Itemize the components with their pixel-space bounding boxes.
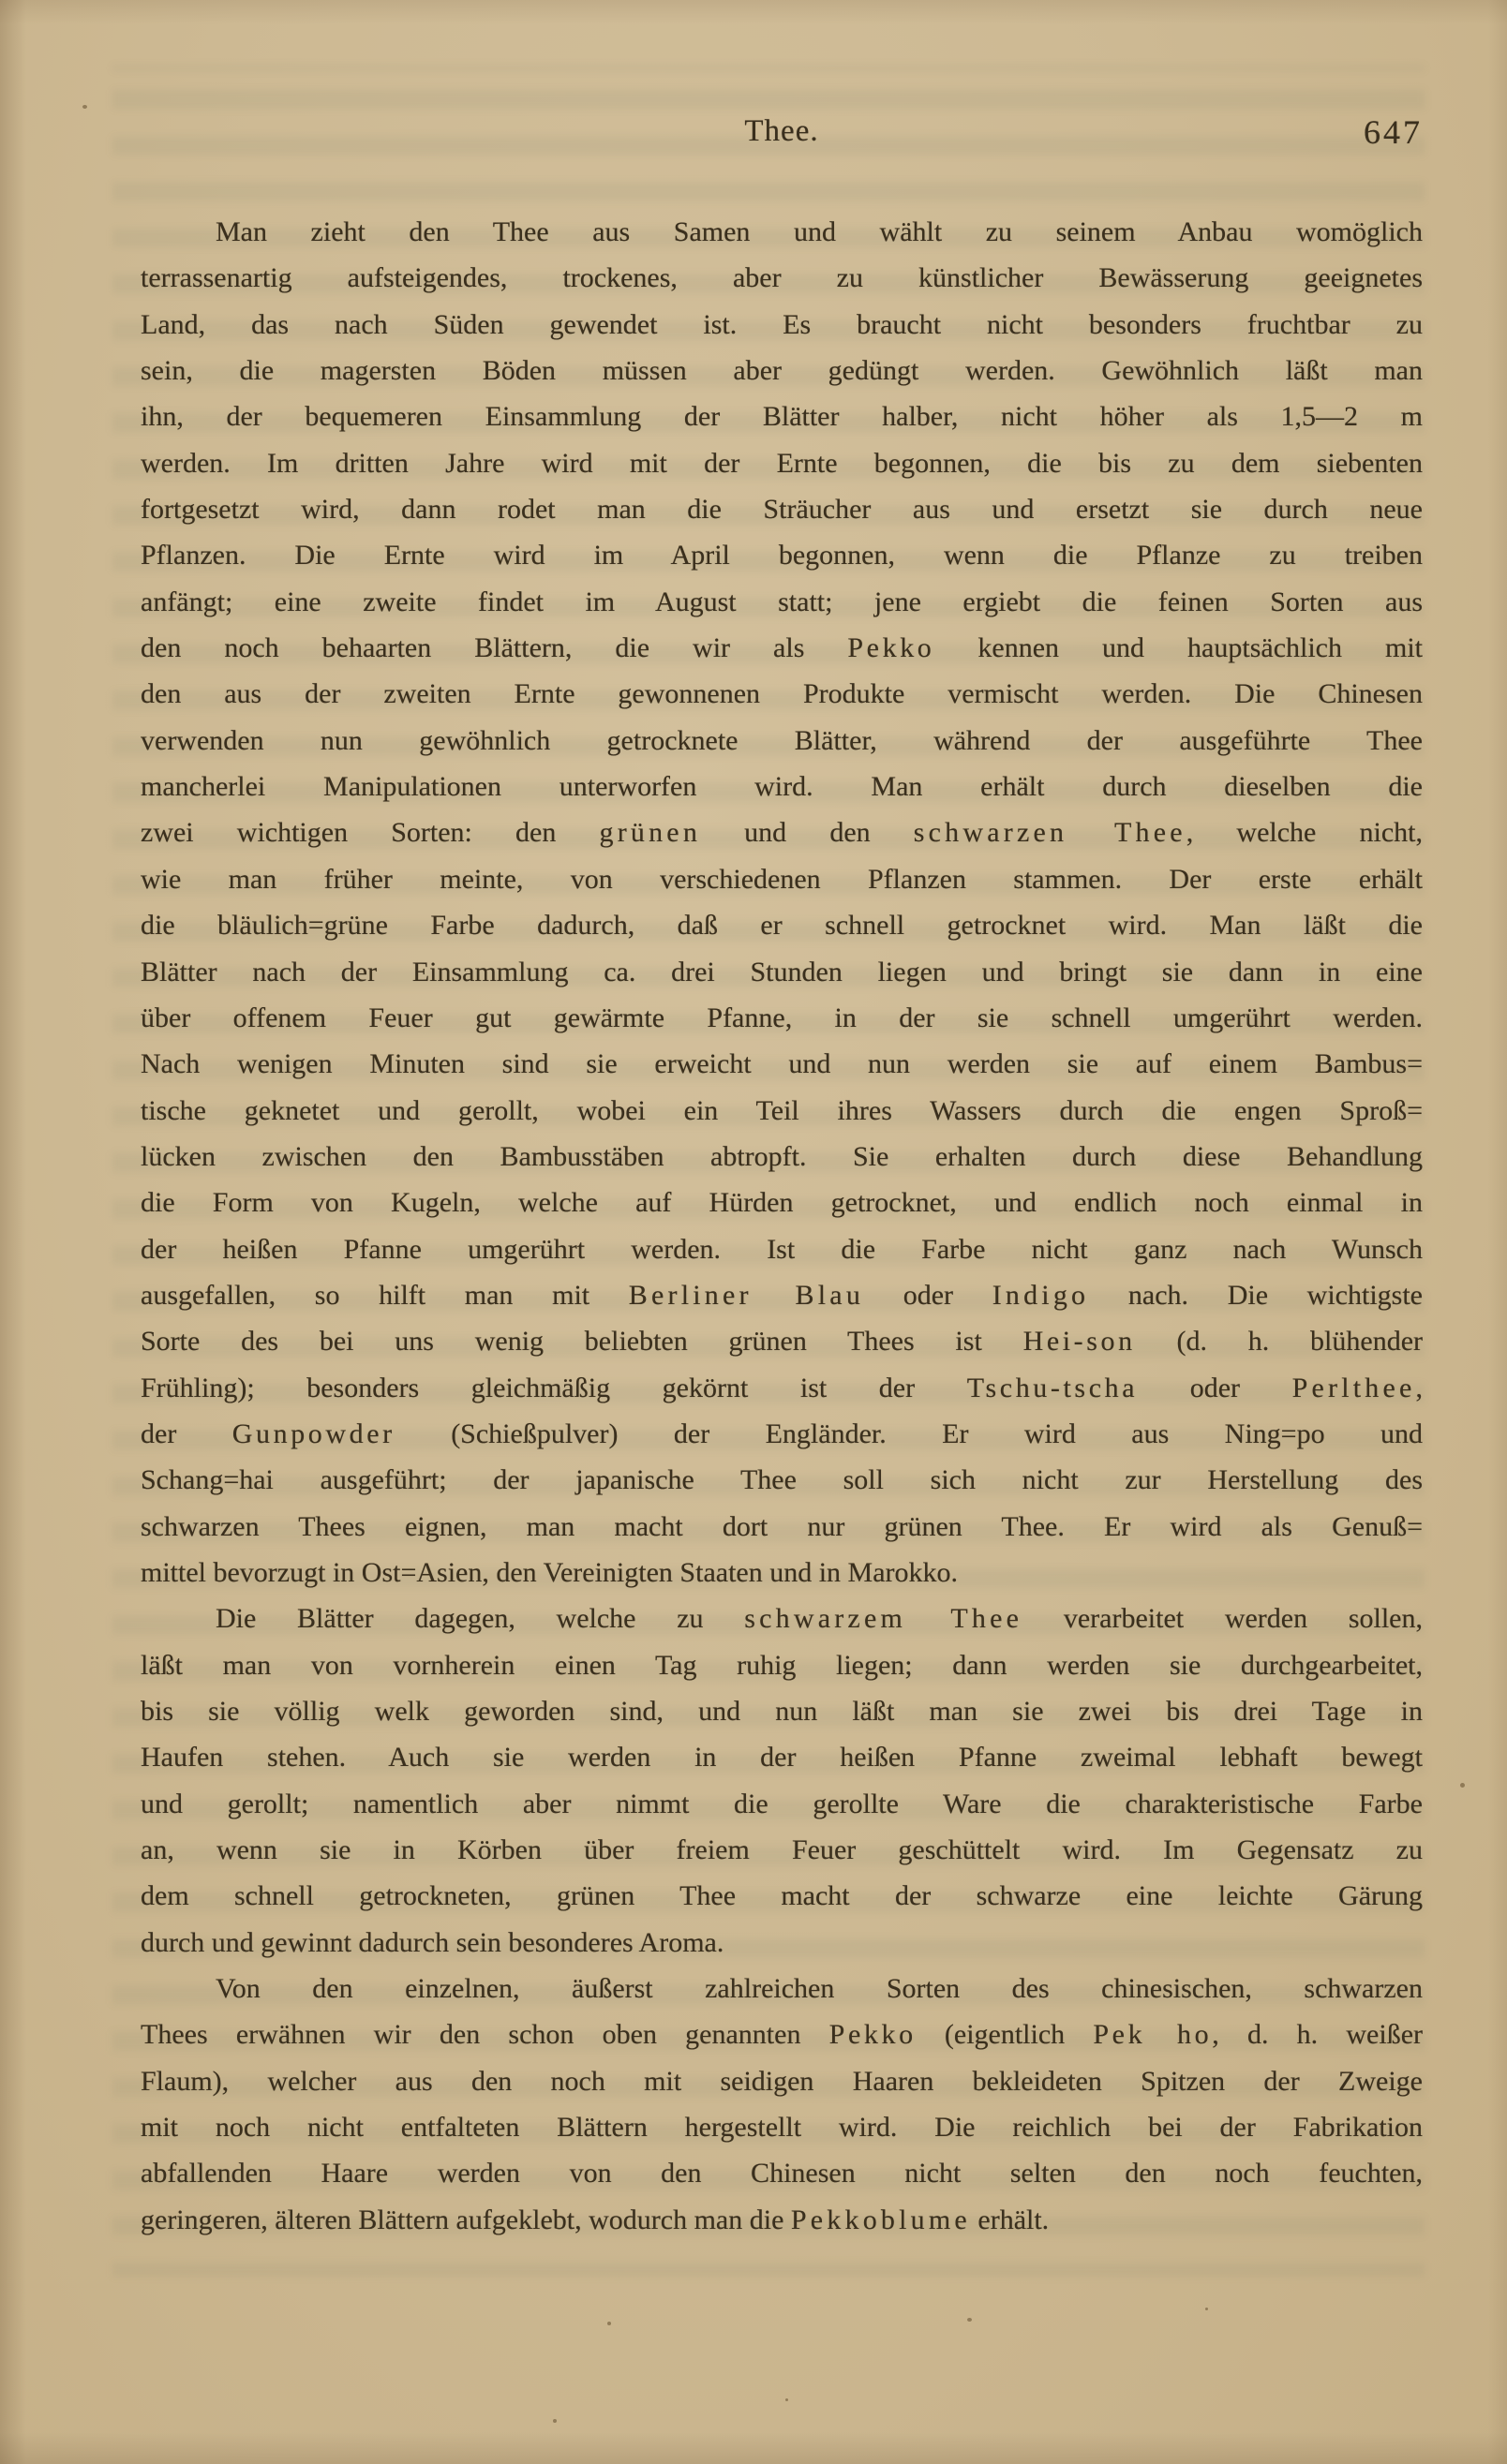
text-segment: (Schießpulver) der Engländer. Er wird au…: [395, 1418, 1423, 1449]
text-segment: Die Blätter dagegen, welche zu: [216, 1603, 744, 1634]
text-segment: an, wenn sie in Körben über freiem Feuer…: [141, 1834, 1423, 1865]
text-line: Sorte des bei uns wenig beliebten grünen…: [141, 1318, 1423, 1364]
emphasized-term: Pekko: [847, 632, 934, 663]
emphasized-term: Pekkoblume: [791, 2204, 971, 2235]
text-line: dem schnell getrockneten, grünen Thee ma…: [141, 1873, 1423, 1919]
text-segment: und gerollt; namentlich aber nimmt die g…: [141, 1789, 1423, 1819]
text-segment: ihn, der bequemeren Einsammlung der Blät…: [141, 401, 1423, 432]
text-line: lücken zwischen den Bambusstäben abtropf…: [141, 1134, 1423, 1180]
text-line: Frühling); besonders gleichmäßig gekörnt…: [141, 1365, 1423, 1411]
text-segment: sein, die magersten Böden müssen aber ge…: [141, 355, 1423, 386]
text-segment: Thees erwähnen wir den schon oben genann…: [141, 2019, 829, 2050]
text-segment: die bläulich=grüne Farbe dadurch, daß er…: [141, 910, 1423, 941]
text-line: Die Blätter dagegen, welche zu schwarzem…: [141, 1596, 1423, 1641]
text-segment: Land, das nach Süden gewendet ist. Es br…: [141, 309, 1423, 340]
text-segment: Von den einzelnen, äußerst zahlreichen S…: [216, 1973, 1423, 2004]
text-line: ausgefallen, so hilft man mit Berliner B…: [141, 1272, 1423, 1318]
text-segment: nach. Die wichtigste: [1089, 1280, 1423, 1311]
paragraph: Die Blätter dagegen, welche zu schwarzem…: [141, 1596, 1423, 1966]
text-segment: (d. h. blühender: [1136, 1326, 1423, 1357]
emphasized-term: schwarzem Thee: [744, 1603, 1022, 1634]
text-line: geringeren, älteren Blättern aufgeklebt,…: [141, 2197, 1423, 2243]
text-segment: schwarzen Thees eignen, man macht dort n…: [141, 1511, 1423, 1542]
text-line: werden. Im dritten Jahre wird mit der Er…: [141, 440, 1423, 486]
paper-speck: [607, 2322, 611, 2325]
emphasized-term: Perlthee: [1292, 1373, 1416, 1403]
text-segment: Sorte des bei uns wenig beliebten grünen…: [141, 1326, 1023, 1357]
text-line: zwei wichtigen Sorten: den grünen und de…: [141, 809, 1423, 855]
text-segment: oder: [1138, 1373, 1291, 1403]
emphasized-term: Pek ho: [1093, 2019, 1212, 2050]
text-line: abfallenden Haare werden von den Chinese…: [141, 2150, 1423, 2196]
text-segment: über offenem Feuer gut gewärmte Pfanne, …: [141, 1002, 1423, 1033]
paper-speck: [553, 2419, 557, 2423]
text-line: den noch behaarten Blättern, die wir als…: [141, 625, 1423, 671]
text-segment: bis sie völlig welk geworden sind, und n…: [141, 1696, 1423, 1727]
text-segment: den aus der zweiten Ernte gewonnenen Pro…: [141, 678, 1423, 709]
text-line: die bläulich=grüne Farbe dadurch, daß er…: [141, 902, 1423, 948]
text-segment: Nach wenigen Minuten sind sie erweicht u…: [141, 1048, 1423, 1079]
paper-speck: [1205, 2308, 1208, 2310]
text-line: Thees erwähnen wir den schon oben genann…: [141, 2011, 1423, 2057]
text-line: mit noch nicht entfalteten Blättern herg…: [141, 2104, 1423, 2150]
text-segment: ausgefallen, so hilft man mit: [141, 1280, 629, 1311]
text-segment: Pflanzen. Die Ernte wird im April begonn…: [141, 540, 1423, 571]
text-line: ihn, der bequemeren Einsammlung der Blät…: [141, 393, 1423, 439]
text-line: schwarzen Thees eignen, man macht dort n…: [141, 1504, 1423, 1550]
text-line: Haufen stehen. Auch sie werden in der he…: [141, 1734, 1423, 1780]
text-segment: verarbeitet werden sollen,: [1022, 1603, 1423, 1634]
paper-speck: [967, 2318, 972, 2322]
text-line: fortgesetzt wird, dann rodet man die Str…: [141, 486, 1423, 532]
text-segment: mit noch nicht entfalteten Blättern herg…: [141, 2112, 1423, 2143]
text-line: anfängt; eine zweite findet im August st…: [141, 579, 1423, 625]
text-line: sein, die magersten Böden müssen aber ge…: [141, 348, 1423, 393]
text-line: Man zieht den Thee aus Samen und wählt z…: [141, 209, 1423, 255]
text-segment: die Form von Kugeln, welche auf Hürden g…: [141, 1187, 1423, 1218]
text-segment: den noch behaarten Blättern, die wir als: [141, 632, 847, 663]
text-segment: dem schnell getrockneten, grünen Thee ma…: [141, 1880, 1423, 1911]
text-segment: anfängt; eine zweite findet im August st…: [141, 586, 1423, 617]
text-segment: mittel bevorzugt in Ost=Asien, den Verei…: [141, 1557, 958, 1588]
paragraph: Man zieht den Thee aus Samen und wählt z…: [141, 209, 1423, 1596]
text-line: mittel bevorzugt in Ost=Asien, den Verei…: [141, 1550, 1423, 1596]
text-segment: lücken zwischen den Bambusstäben abtropf…: [141, 1141, 1423, 1172]
paper-speck: [1460, 1783, 1465, 1788]
text-segment: , welche nicht,: [1186, 817, 1423, 848]
paragraph: Von den einzelnen, äußerst zahlreichen S…: [141, 1966, 1423, 2243]
emphasized-term: Berliner Blau: [629, 1280, 864, 1311]
text-segment: kennen und hauptsächlich mit: [934, 632, 1423, 663]
text-segment: abfallenden Haare werden von den Chinese…: [141, 2158, 1423, 2189]
text-line: den aus der zweiten Ernte gewonnenen Pro…: [141, 671, 1423, 717]
text-line: bis sie völlig welk geworden sind, und n…: [141, 1688, 1423, 1734]
text-segment: Frühling); besonders gleichmäßig gekörnt…: [141, 1373, 967, 1403]
text-block: Man zieht den Thee aus Samen und wählt z…: [141, 209, 1423, 2243]
text-segment: geringeren, älteren Blättern aufgeklebt,…: [141, 2204, 791, 2235]
text-line: tische geknetet und gerollt, wobei ein T…: [141, 1088, 1423, 1134]
text-line: über offenem Feuer gut gewärmte Pfanne, …: [141, 995, 1423, 1041]
text-segment: verwenden nun gewöhnlich getrocknete Blä…: [141, 725, 1423, 756]
text-line: die Form von Kugeln, welche auf Hürden g…: [141, 1180, 1423, 1225]
paper-speck: [785, 2398, 788, 2401]
page-number: 647: [1364, 112, 1423, 152]
text-line: wie man früher meinte, von verschiedenen…: [141, 856, 1423, 902]
text-segment: , d. h. weißer: [1212, 2019, 1423, 2050]
emphasized-term: grünen: [600, 817, 702, 848]
text-segment: der: [141, 1418, 232, 1449]
text-segment: läßt man von vornherein einen Tag ruhig …: [141, 1650, 1423, 1681]
text-line: Nach wenigen Minuten sind sie erweicht u…: [141, 1041, 1423, 1087]
text-line: terrassenartig aufsteigendes, trockenes,…: [141, 255, 1423, 301]
text-segment: mancherlei Manipulationen unterworfen wi…: [141, 771, 1423, 802]
text-segment: Flaum), welcher aus den noch mit seidige…: [141, 2066, 1423, 2097]
text-segment: Haufen stehen. Auch sie werden in der he…: [141, 1742, 1423, 1773]
text-segment: Schang=hai ausgeführt; der japanische Th…: [141, 1464, 1423, 1495]
text-line: durch und gewinnt dadurch sein besondere…: [141, 1920, 1423, 1966]
emphasized-term: schwarzen Thee: [914, 817, 1186, 848]
text-line: Land, das nach Süden gewendet ist. Es br…: [141, 302, 1423, 348]
text-line: der heißen Pfanne umgerührt werden. Ist …: [141, 1226, 1423, 1272]
text-line: Schang=hai ausgeführt; der japanische Th…: [141, 1457, 1423, 1503]
text-line: Blätter nach der Einsammlung ca. drei St…: [141, 949, 1423, 995]
text-segment: ,: [1416, 1373, 1423, 1403]
text-line: Von den einzelnen, äußerst zahlreichen S…: [141, 1966, 1423, 2011]
text-segment: zwei wichtigen Sorten: den: [141, 817, 600, 848]
emphasized-term: Pekko: [829, 2019, 917, 2050]
text-segment: erhält.: [971, 2204, 1049, 2235]
text-segment: wie man früher meinte, von verschiedenen…: [141, 864, 1423, 895]
text-line: mancherlei Manipulationen unterworfen wi…: [141, 764, 1423, 809]
paper-speck: [82, 105, 87, 109]
text-segment: tische geknetet und gerollt, wobei ein T…: [141, 1095, 1423, 1126]
emphasized-term: Hei-son: [1023, 1326, 1136, 1357]
page-title: Thee.: [141, 114, 1423, 149]
text-segment: werden. Im dritten Jahre wird mit der Er…: [141, 448, 1423, 479]
text-segment: terrassenartig aufsteigendes, trockenes,…: [141, 262, 1423, 293]
emphasized-term: Gunpowder: [232, 1418, 395, 1449]
text-line: und gerollt; namentlich aber nimmt die g…: [141, 1781, 1423, 1827]
text-segment: und den: [701, 817, 914, 848]
text-segment: Blätter nach der Einsammlung ca. drei St…: [141, 957, 1423, 987]
text-line: Flaum), welcher aus den noch mit seidige…: [141, 2058, 1423, 2104]
text-segment: (eigentlich: [917, 2019, 1094, 2050]
text-line: läßt man von vornherein einen Tag ruhig …: [141, 1642, 1423, 1688]
text-line: der Gunpowder (Schießpulver) der Engländ…: [141, 1411, 1423, 1457]
page-header: Thee. 647: [141, 114, 1423, 163]
text-segment: oder: [864, 1280, 992, 1311]
text-line: verwenden nun gewöhnlich getrocknete Blä…: [141, 718, 1423, 764]
text-line: Pflanzen. Die Ernte wird im April begonn…: [141, 532, 1423, 578]
emphasized-term: Tschu-tscha: [967, 1373, 1138, 1403]
text-segment: durch und gewinnt dadurch sein besondere…: [141, 1927, 724, 1958]
emphasized-term: Indigo: [992, 1280, 1090, 1311]
text-segment: Man zieht den Thee aus Samen und wählt z…: [216, 216, 1423, 247]
text-line: an, wenn sie in Körben über freiem Feuer…: [141, 1827, 1423, 1873]
text-segment: der heißen Pfanne umgerührt werden. Ist …: [141, 1234, 1423, 1265]
book-page: Thee. 647 Man zieht den Thee aus Samen u…: [0, 0, 1507, 2464]
text-segment: fortgesetzt wird, dann rodet man die Str…: [141, 494, 1423, 525]
